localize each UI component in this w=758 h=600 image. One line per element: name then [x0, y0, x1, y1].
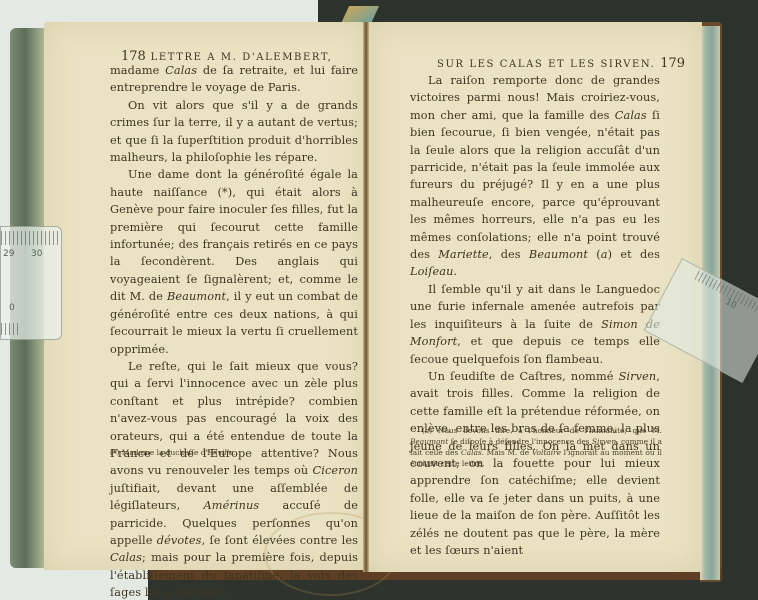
- paragraph: Il ſemble qu'il y ait dans le Languedoc …: [410, 281, 660, 368]
- left-page-footnote: (*) Madame la ducheſſe d'Enville.: [110, 447, 350, 458]
- left-page-body: madame Calas de ſa retraite, et lui fair…: [110, 62, 358, 600]
- paragraph: Le reſte, qui le ſait mieux que vous? qu…: [110, 358, 358, 600]
- right-page-number: 179: [660, 56, 685, 71]
- paragraph: madame Calas de ſa retraite, et lui fair…: [110, 62, 358, 97]
- right-page-footnote: (a) Nous devons dire, à l'honneur de l'h…: [410, 425, 662, 469]
- right-running-title: SUR LES CALAS ET LES SIRVEN.: [437, 59, 655, 70]
- paragraph: Une dame dont la généroſité égale la hau…: [110, 166, 358, 357]
- right-page-body: La raiſon remporte donc de grandes victo…: [410, 72, 660, 559]
- ruler-ticks: [1, 323, 21, 335]
- right-running-head: SUR LES CALAS ET LES SIRVEN. 179: [437, 56, 685, 71]
- ruler-label: 0: [9, 303, 15, 313]
- ruler-ticks: [1, 231, 61, 245]
- ruler-label: 29: [3, 249, 14, 259]
- paragraph: On vit alors que s'il y a de grands crim…: [110, 97, 358, 167]
- ruler-label: 30: [31, 249, 42, 259]
- scale-ruler-left: 29 30 0: [0, 226, 62, 340]
- paragraph: La raiſon remporte donc de grandes victo…: [410, 72, 660, 281]
- book-gutter: [363, 22, 369, 572]
